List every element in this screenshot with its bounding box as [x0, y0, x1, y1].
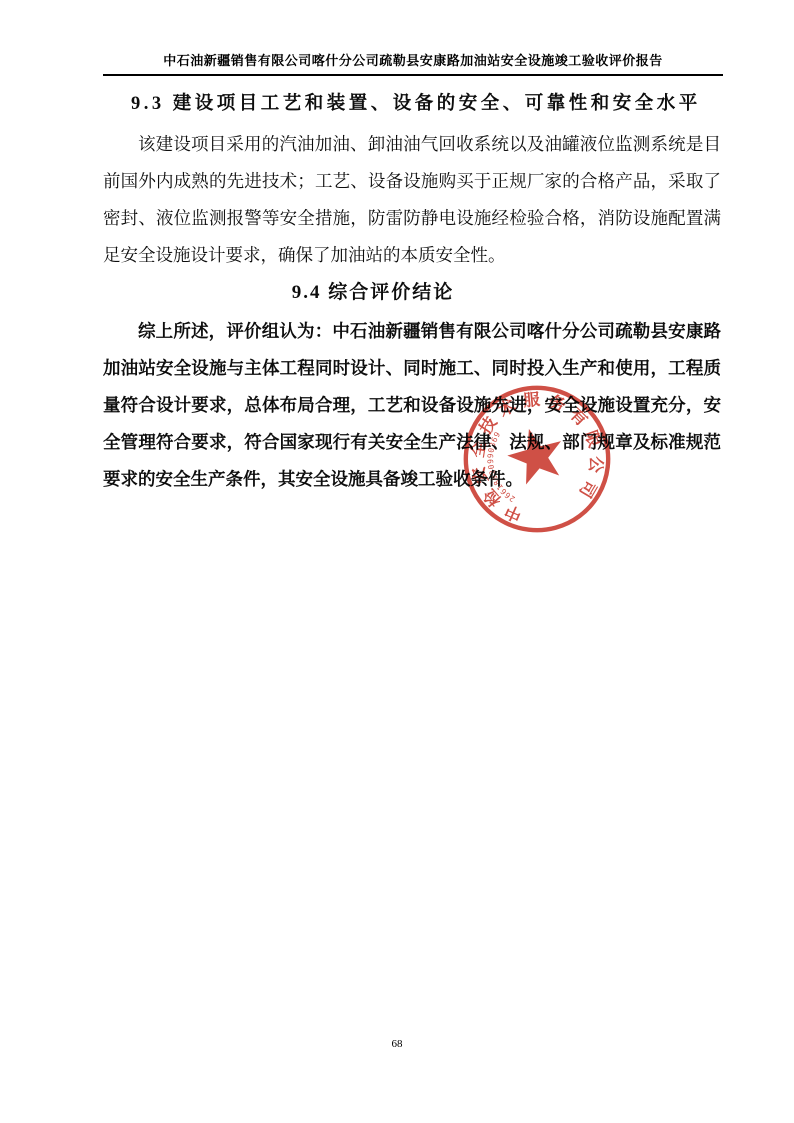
section-heading-9-3: 9.3 建设项目工艺和装置、设备的安全、可靠性和安全水平 [131, 89, 771, 115]
star-icon [502, 422, 569, 488]
paragraph-9-3: 该建设项目采用的汽油加油、卸油油气回收系统以及油罐液位监测系统是目前国外内成熟的… [103, 126, 721, 274]
running-header-title: 中石油新疆销售有限公司喀什分公司疏勒县安康路加油站安全设施竣工验收评价报告 [163, 53, 663, 68]
header-rule [103, 74, 723, 76]
running-header: 中石油新疆销售有限公司喀什分公司疏勒县安康路加油站安全设施竣工验收评价报告 [103, 53, 723, 69]
paragraph-9-4: 综上所述，评价组认为：中石油新疆销售有限公司喀什分公司疏勒县安康路加油站安全设施… [103, 313, 721, 498]
page-number: 68 [0, 1038, 794, 1050]
section-heading-9-4: 9.4 综合评价结论 [103, 277, 643, 304]
document-page: 中石油新疆销售有限公司喀什分公司疏勒县安康路加油站安全设施竣工验收评价报告 9.… [0, 0, 794, 1123]
